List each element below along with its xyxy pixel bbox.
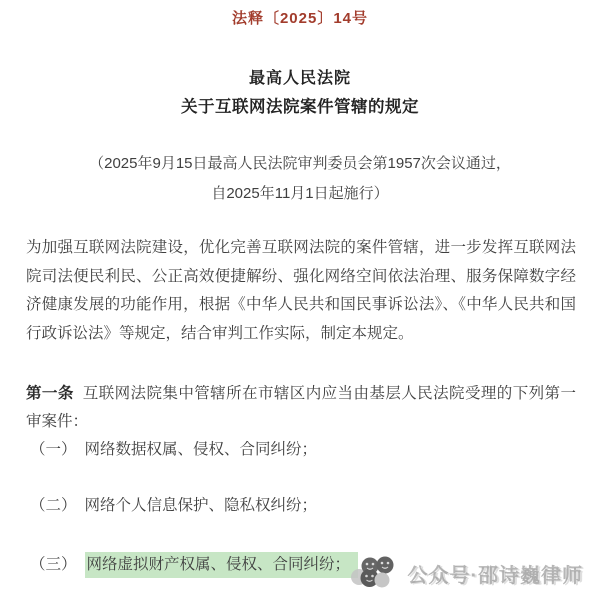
list-item: （一）网络数据权属、侵权、合同纠纷； [30, 436, 576, 464]
preamble-paragraph: 为加强互联网法院建设，优化完善互联网法院的案件管辖，进一步发挥互联网法院司法便民… [26, 234, 576, 348]
article-1-heading: 第一条互联网法院集中管辖所在市辖区内应当由基层人民法院受理的下列第一审案件： [26, 380, 576, 436]
article-1-label: 第一条 [26, 385, 74, 402]
item-3-number: （三） [30, 556, 77, 573]
document-title: 关于互联网法院案件管辖的规定 [0, 93, 600, 117]
item-1-text: 网络数据权属、侵权、合同纠纷； [85, 441, 318, 458]
item-3-text-highlighted: 网络虚拟财产权属、侵权、合同纠纷； [85, 552, 359, 578]
adoption-note-line1: （2025年9月15日最高人民法院审判委员会第1957次会议通过， [0, 152, 600, 173]
doc-number: 法释〔2025〕14号 [0, 7, 600, 28]
item-2-number: （二） [30, 497, 77, 514]
document-page: 法释〔2025〕14号 最高人民法院 关于互联网法院案件管辖的规定 （2025年… [0, 0, 600, 601]
watermark-label: 公众号·邵诗巍律师 [407, 559, 583, 588]
item-1-number: （一） [30, 441, 77, 458]
issuer-name: 最高人民法院 [0, 65, 600, 88]
adoption-note-line2: 自2025年11月1日起施行） [0, 182, 600, 203]
wechat-emoji-cluster-icon [349, 554, 405, 592]
watermark: 公众号·邵诗巍律师 [349, 554, 583, 592]
item-2-text: 网络个人信息保护、隐私权纠纷； [85, 497, 318, 514]
list-item: （二）网络个人信息保护、隐私权纠纷； [30, 492, 576, 520]
article-1-text: 互联网法院集中管辖所在市辖区内应当由基层人民法院受理的下列第一审案件： [26, 385, 576, 430]
